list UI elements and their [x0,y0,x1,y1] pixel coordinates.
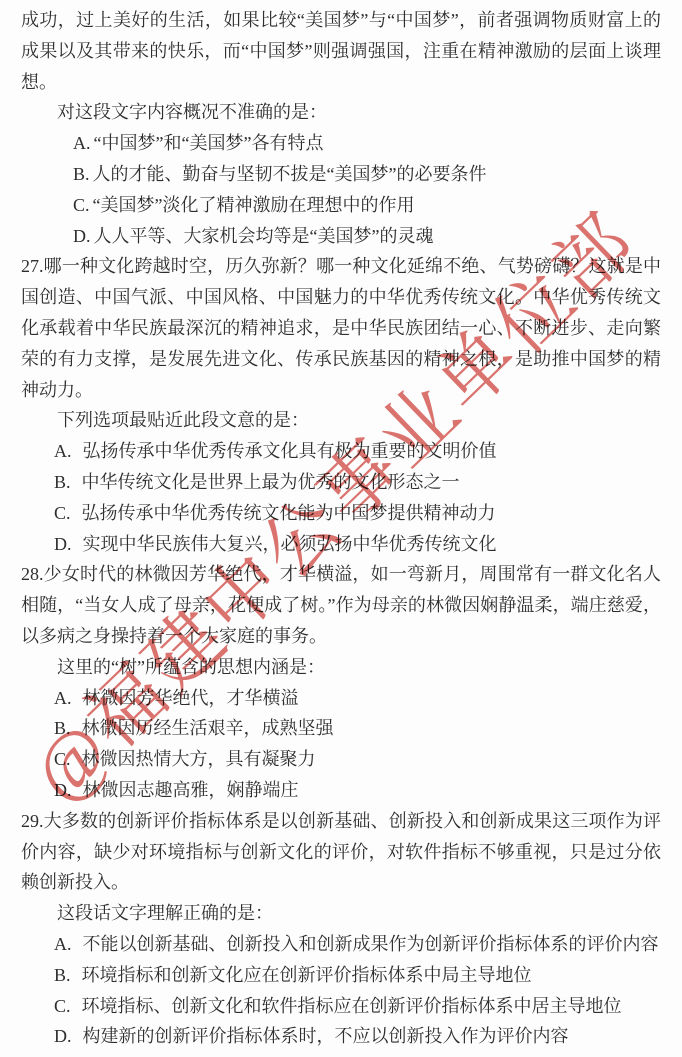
option-text: 人的才能、勤奋与坚韧不拔是“美国梦”的必要条件 [93,164,487,184]
option-label: C. [54,991,71,1022]
option-label: C. [73,190,90,221]
q27-question-prompt: 下列选项最贴近此段文意的是： [21,405,661,436]
option-text: 不能以创新基础、创新投入和创新成果作为创新评价指标体系的评价内容 [83,934,659,954]
q27-option-c: C.弘扬传承中华优秀传统文化能为中国梦提供精神动力 [21,498,661,529]
q29-option-d: D.构建新的创新评价指标体系时，不应以创新投入作为评价内容 [21,1021,661,1052]
option-label: B. [54,713,71,744]
q28-option-c: C.林微因热情大方，具有凝聚力 [21,744,661,775]
option-text: 构建新的创新评价指标体系时，不应以创新投入作为评价内容 [83,1026,569,1046]
option-text: 林微因热情大方，具有凝聚力 [82,749,316,769]
option-text: 林微因志趣高雅，娴静端庄 [83,780,299,800]
q29-passage: 29.大多数的创新评价指标体系是以创新基础、创新投入和创新成果这三项作为评价内容… [21,806,661,898]
q28-option-d: D.林微因志趣高雅，娴静端庄 [21,775,661,806]
q26-question-prompt: 对这段文字内容概况不准确的是： [21,97,661,128]
option-text: 林微因芳华绝代，才华横溢 [83,688,299,708]
q28-option-b: B.林微因历经生活艰辛，成熟坚强 [21,713,661,744]
q29-option-c: C.环境指标、创新文化和软件指标应在创新评价指标体系中居主导地位 [21,991,661,1022]
option-text: 环境指标和创新文化应在创新评价指标体系中局主导地位 [82,965,532,985]
document-page: 成功，过上美好的生活，如果比较“美国梦”与“中国梦”，前者强调物质财富上的成果以… [0,0,682,1057]
option-label: D. [54,529,72,560]
q26-option-d: D.人人平等、大家机会均等是“美国梦”的灵魂 [21,221,661,252]
option-text: “中国梦”和“美国梦”各有特点 [94,133,324,153]
option-text: 人人平等、大家机会均等是“美国梦”的灵魂 [94,226,434,246]
option-label: B. [54,467,71,498]
q29-question-prompt: 这段话文字理解正确的是： [21,898,661,929]
q28-question-prompt: 这里的“树”所蕴含的思想内涵是： [21,652,661,683]
q26-option-c: C.“美国梦”淡化了精神激励在理想中的作用 [21,190,661,221]
q26-option-b: B.人的才能、勤奋与坚韧不拔是“美国梦”的必要条件 [21,159,661,190]
option-text: 中华传统文化是世界上最为优秀的文化形态之一 [82,472,460,492]
option-text: 林微因历经生活艰辛，成熟坚强 [82,718,334,738]
option-text: “美国梦”淡化了精神激励在理想中的作用 [93,195,415,215]
option-label: A. [54,436,72,467]
option-label: C. [54,498,71,529]
option-label: A. [54,683,72,714]
q26-option-a: A.“中国梦”和“美国梦”各有特点 [21,128,661,159]
option-label: D. [54,775,72,806]
option-label: B. [54,960,71,991]
q26-passage-tail: 成功，过上美好的生活，如果比较“美国梦”与“中国梦”，前者强调物质财富上的成果以… [21,5,661,97]
q27-passage: 27.哪一种文化跨越时空，历久弥新？哪一种文化延绵不绝、气势磅礴？这就是中国创造… [21,251,661,405]
q27-option-a: A.弘扬传承中华优秀传承文化具有极为重要的文明价值 [21,436,661,467]
q28-passage: 28.少女时代的林微因芳华绝代，才华横溢，如一弯新月，周围常有一群文化名人相随，… [21,559,661,651]
option-label: B. [73,159,90,190]
option-label: A. [54,929,72,960]
option-text: 实现中华民族伟大复兴，必须弘扬中华优秀传统文化 [83,534,497,554]
option-label: C. [54,744,71,775]
option-text: 弘扬传承中华优秀传统文化能为中国梦提供精神动力 [82,503,496,523]
option-label: D. [73,221,91,252]
q29-option-a: A.不能以创新基础、创新投入和创新成果作为创新评价指标体系的评价内容 [21,929,661,960]
option-label: A. [73,128,91,159]
option-text: 环境指标、创新文化和软件指标应在创新评价指标体系中居主导地位 [82,996,622,1016]
option-label: D. [54,1021,72,1052]
q27-option-d: D.实现中华民族伟大复兴，必须弘扬中华优秀传统文化 [21,529,661,560]
option-text: 弘扬传承中华优秀传承文化具有极为重要的文明价值 [83,441,497,461]
q28-option-a: A.林微因芳华绝代，才华横溢 [21,683,661,714]
q27-option-b: B.中华传统文化是世界上最为优秀的文化形态之一 [21,467,661,498]
q29-option-b: B.环境指标和创新文化应在创新评价指标体系中局主导地位 [21,960,661,991]
